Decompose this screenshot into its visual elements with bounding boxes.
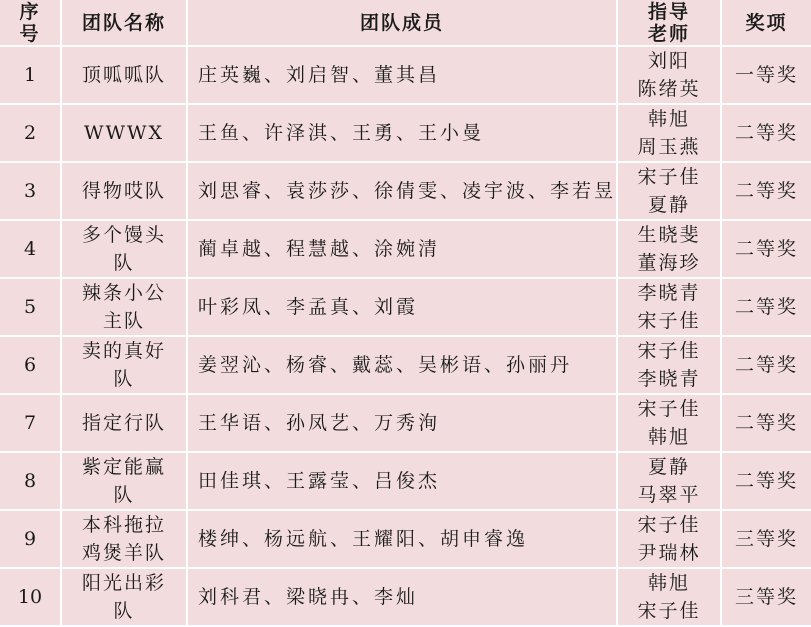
- header-index: 序 号: [0, 0, 61, 46]
- team-members: 叶彩凤、李孟真、刘霞: [187, 278, 617, 336]
- row-index: 2: [0, 104, 61, 162]
- team-name: 辣条小公主队: [61, 278, 187, 336]
- team-name: 得物哎队: [61, 162, 187, 220]
- award: 三等奖: [721, 510, 811, 568]
- row-index: 7: [0, 394, 61, 452]
- table-row: 8 紫定能赢队 田佳琪、王露莹、吕俊杰 夏静马翠平 二等奖: [0, 452, 811, 510]
- team-name: 卖的真好队: [61, 336, 187, 394]
- advisors: 李晓青宋子佳: [617, 278, 721, 336]
- team-members: 田佳琪、王露莹、吕俊杰: [187, 452, 617, 510]
- row-index: 1: [0, 46, 61, 104]
- team-members: 刘思睿、袁莎莎、徐倩雯、凌宇波、李若昱: [187, 162, 617, 220]
- award: 二等奖: [721, 220, 811, 278]
- award: 三等奖: [721, 568, 811, 626]
- advisors: 宋子佳李晓青: [617, 336, 721, 394]
- award: 二等奖: [721, 162, 811, 220]
- team-members: 王鱼、许泽淇、王勇、王小曼: [187, 104, 617, 162]
- team-members: 刘科君、梁晓冉、李灿: [187, 568, 617, 626]
- table-row: 5 辣条小公主队 叶彩凤、李孟真、刘霞 李晓青宋子佳 二等奖: [0, 278, 811, 336]
- advisors: 韩旭周玉燕: [617, 104, 721, 162]
- team-members: 楼绅、杨远航、王耀阳、胡申睿逸: [187, 510, 617, 568]
- row-index: 5: [0, 278, 61, 336]
- team-name: WWWX: [61, 104, 187, 162]
- team-members: 姜翌沁、杨睿、戴蕊、吴彬语、孙丽丹: [187, 336, 617, 394]
- row-index: 9: [0, 510, 61, 568]
- team-members: 蔺卓越、程慧越、涂婉清: [187, 220, 617, 278]
- table-row: 10 阳光出彩队 刘科君、梁晓冉、李灿 韩旭宋子佳 三等奖: [0, 568, 811, 626]
- table-row: 6 卖的真好队 姜翌沁、杨睿、戴蕊、吴彬语、孙丽丹 宋子佳李晓青 二等奖: [0, 336, 811, 394]
- team-name: 指定行队: [61, 394, 187, 452]
- award: 二等奖: [721, 452, 811, 510]
- team-name: 阳光出彩队: [61, 568, 187, 626]
- award: 二等奖: [721, 104, 811, 162]
- award: 一等奖: [721, 46, 811, 104]
- table-row: 7 指定行队 王华语、孙凤艺、万秀洵 宋子佳韩旭 二等奖: [0, 394, 811, 452]
- team-members: 王华语、孙凤艺、万秀洵: [187, 394, 617, 452]
- row-index: 8: [0, 452, 61, 510]
- advisors: 宋子佳夏静: [617, 162, 721, 220]
- advisors: 生晓斐董海珍: [617, 220, 721, 278]
- header-award: 奖项: [721, 0, 811, 46]
- team-name: 多个馒头队: [61, 220, 187, 278]
- header-advisor: 指导 老师: [617, 0, 721, 46]
- award: 二等奖: [721, 394, 811, 452]
- table-row: 2 WWWX 王鱼、许泽淇、王勇、王小曼 韩旭周玉燕 二等奖: [0, 104, 811, 162]
- team-name: 紫定能赢队: [61, 452, 187, 510]
- row-index: 4: [0, 220, 61, 278]
- row-index: 3: [0, 162, 61, 220]
- advisors: 夏静马翠平: [617, 452, 721, 510]
- advisors: 宋子佳韩旭: [617, 394, 721, 452]
- advisors: 刘阳陈绪英: [617, 46, 721, 104]
- header-row: 序 号 团队名称 团队成员 指导 老师 奖项: [0, 0, 811, 46]
- team-name: 本科拖拉鸡煲羊队: [61, 510, 187, 568]
- table-row: 1 顶呱呱队 庄英巍、刘启智、董其昌 刘阳陈绪英 一等奖: [0, 46, 811, 104]
- advisors: 韩旭宋子佳: [617, 568, 721, 626]
- row-index: 6: [0, 336, 61, 394]
- table-row: 9 本科拖拉鸡煲羊队 楼绅、杨远航、王耀阳、胡申睿逸 宋子佳尹瑞林 三等奖: [0, 510, 811, 568]
- header-team-name: 团队名称: [61, 0, 187, 46]
- award: 二等奖: [721, 278, 811, 336]
- table-row: 3 得物哎队 刘思睿、袁莎莎、徐倩雯、凌宇波、李若昱 宋子佳夏静 二等奖: [0, 162, 811, 220]
- table-row: 4 多个馒头队 蔺卓越、程慧越、涂婉清 生晓斐董海珍 二等奖: [0, 220, 811, 278]
- advisors: 宋子佳尹瑞林: [617, 510, 721, 568]
- team-name: 顶呱呱队: [61, 46, 187, 104]
- team-members: 庄英巍、刘启智、董其昌: [187, 46, 617, 104]
- awards-table: 序 号 团队名称 团队成员 指导 老师 奖项 1 顶呱呱队 庄英巍、刘启智、董其…: [0, 0, 811, 627]
- row-index: 10: [0, 568, 61, 626]
- award: 二等奖: [721, 336, 811, 394]
- header-members: 团队成员: [187, 0, 617, 46]
